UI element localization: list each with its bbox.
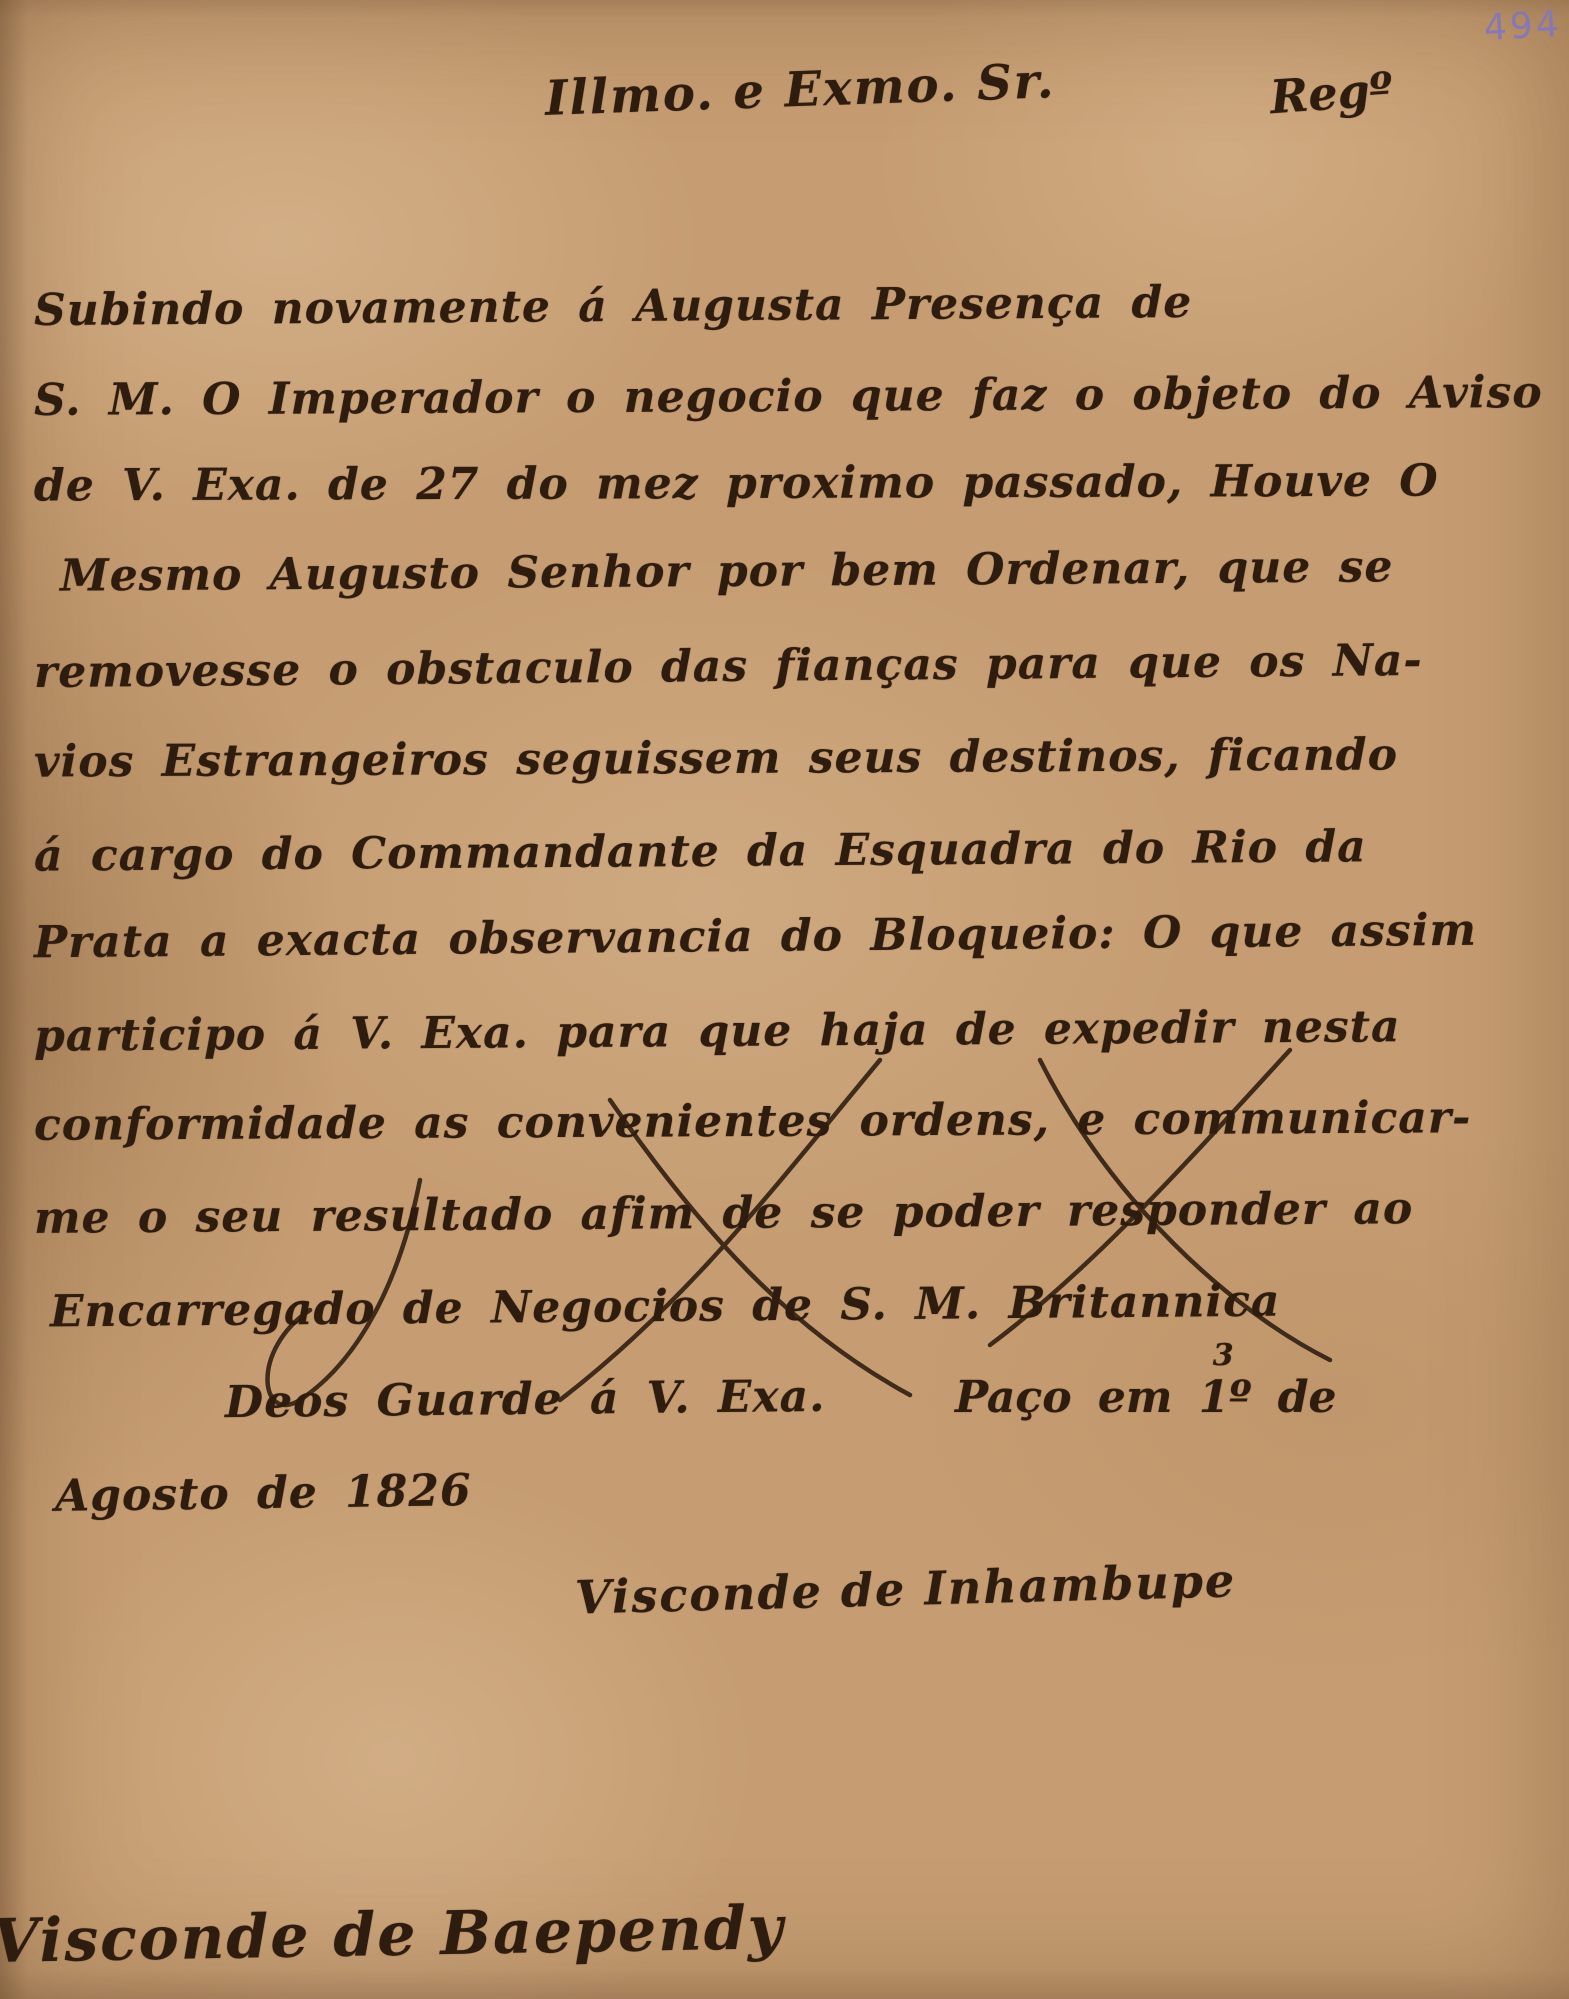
flourish-stroke (268, 1180, 421, 1405)
cancellation-stroke (1040, 1060, 1330, 1360)
manuscript-page: 494 Regº Illmo. e Exmo. Sr. Subindo nova… (0, 0, 1569, 1999)
cancellation-stroke (610, 1100, 910, 1395)
cancellation-strokes (0, 0, 1569, 1999)
cancellation-stroke (560, 1060, 880, 1400)
cancellation-stroke (990, 1050, 1290, 1345)
